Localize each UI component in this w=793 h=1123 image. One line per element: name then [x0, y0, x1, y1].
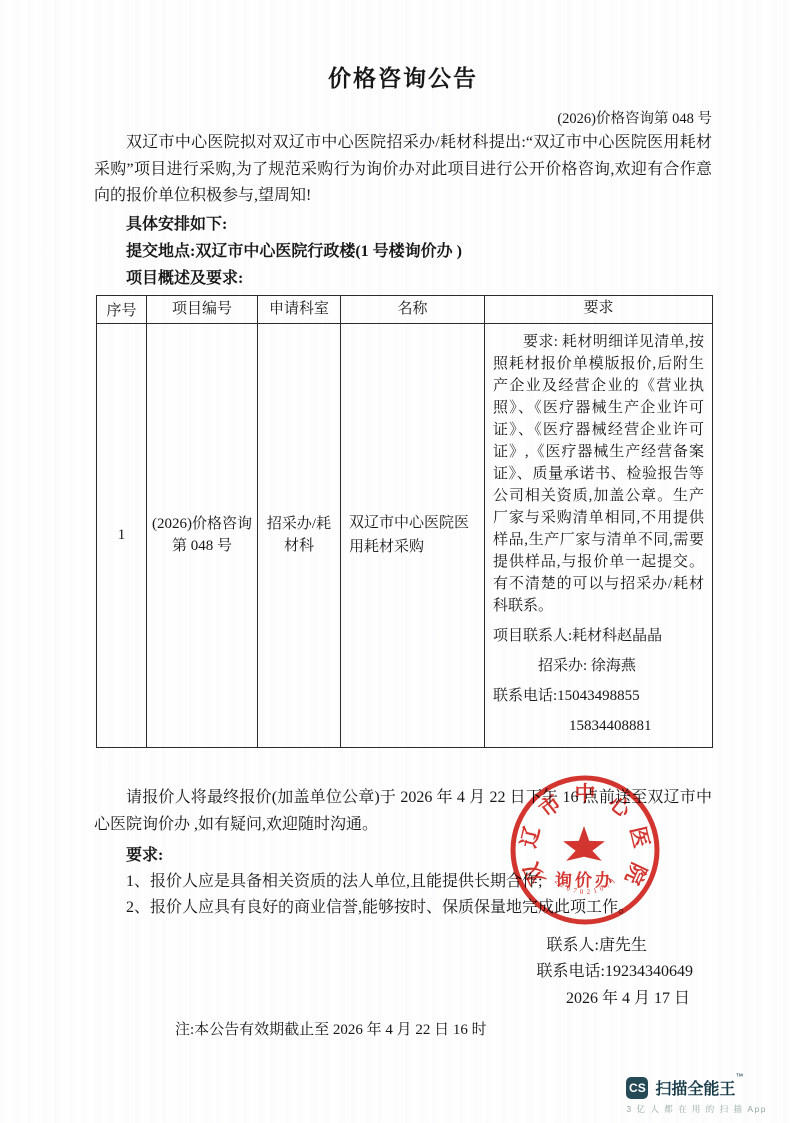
col-header-department: 申请科室 [258, 295, 341, 323]
camscanner-logo-icon: CS [626, 1077, 648, 1099]
document-page: 价格咨询公告 (2026)价格咨询第 048 号 双辽市中心医院拟对双辽市中心医… [0, 0, 793, 1123]
cell-name: 双辽市中心医院医用耗材采购 [341, 323, 485, 747]
requirement-phone-1: 联系电话:15043498855 [493, 685, 704, 707]
overview-heading: 项目概述及要求: [94, 265, 712, 292]
cell-requirement: 要求: 耗材明细详见清单,按照耗材报价单模版报价,后附生产企业及经营企业的《营业… [485, 323, 713, 747]
cell-project-no: (2026)价格咨询第 048 号 [147, 323, 258, 747]
table-header: 序号 项目编号 申请科室 名称 要求 [97, 295, 713, 323]
col-header-name: 名称 [341, 295, 485, 323]
cell-seq: 1 [97, 323, 147, 747]
requirement-item-1: 1、报价人应是具备相关资质的法人单位,且能提供长期合作; [94, 869, 712, 895]
contact-person: 联系人:唐先生 [94, 933, 647, 960]
requirement-text: 要求: 耗材明细详见清单,按照耗材报价单模版报价,后附生产企业及经营企业的《营业… [493, 331, 704, 617]
doc-number: (2026)价格咨询第 048 号 [94, 107, 712, 128]
signature-block: 联系人:唐先生 联系电话:19234340649 2026 年 4 月 17 日 [94, 933, 712, 1013]
submit-location: 提交地点:双辽市中心医院行政楼(1 号楼询价办 ) [94, 238, 712, 265]
table-header-row: 序号 项目编号 申请科室 名称 要求 [97, 295, 713, 323]
project-table: 序号 项目编号 申请科室 名称 要求 1 (2026)价格咨询第 048 号 招… [96, 295, 713, 748]
camscanner-brand-row: CS 扫描全能王™ [626, 1076, 767, 1099]
col-header-project-no: 项目编号 [147, 295, 258, 323]
camscanner-tagline: 3 亿 人 都 在 用 的 扫 描 App [626, 1103, 767, 1115]
validity-note: 注:本公告有效期截止至 2026 年 4 月 22 日 16 时 [175, 1019, 712, 1041]
camscanner-watermark: CS 扫描全能王™ 3 亿 人 都 在 用 的 扫 描 App [626, 1076, 767, 1115]
trademark-symbol: ™ [735, 1072, 743, 1081]
intro-paragraph: 双辽市中心医院拟对双辽市中心医院招采办/耗材科提出:“双辽市中心医院医用耗材采购… [94, 130, 712, 210]
deadline-paragraph: 请报价人将最终报价(加盖单位公章)于 2026 年 4 月 22 日下午 16 … [94, 784, 712, 838]
table-row: 1 (2026)价格咨询第 048 号 招采办/耗材科 双辽市中心医院医用耗材采… [97, 323, 713, 747]
cell-department: 招采办/耗材科 [258, 323, 341, 747]
requirements-heading: 要求: [94, 843, 712, 869]
requirement-phone-2: 15834408881 [493, 715, 704, 737]
contact-phone: 联系电话:19234340649 [94, 959, 693, 986]
requirement-contact-person: 项目联系人:耗材科赵晶晶 [493, 625, 704, 647]
col-header-requirement: 要求 [485, 295, 713, 323]
signature-date: 2026 年 4 月 17 日 [94, 986, 690, 1013]
requirement-zhaocaiban: 招采办: 徐海燕 [493, 655, 704, 677]
page-title: 价格咨询公告 [94, 0, 712, 93]
col-header-seq: 序号 [97, 295, 147, 323]
document-content: 价格咨询公告 (2026)价格咨询第 048 号 双辽市中心医院拟对双辽市中心医… [0, 0, 793, 1041]
arrangement-heading: 具体安排如下: [94, 211, 712, 238]
requirement-item-2: 2、报价人应具有良好的商业信誉,能够按时、保质保量地完成此项工作。 [94, 895, 712, 921]
table-body: 1 (2026)价格咨询第 048 号 招采办/耗材科 双辽市中心医院医用耗材采… [97, 323, 713, 747]
camscanner-brand-name: 扫描全能王 [655, 1081, 735, 1098]
